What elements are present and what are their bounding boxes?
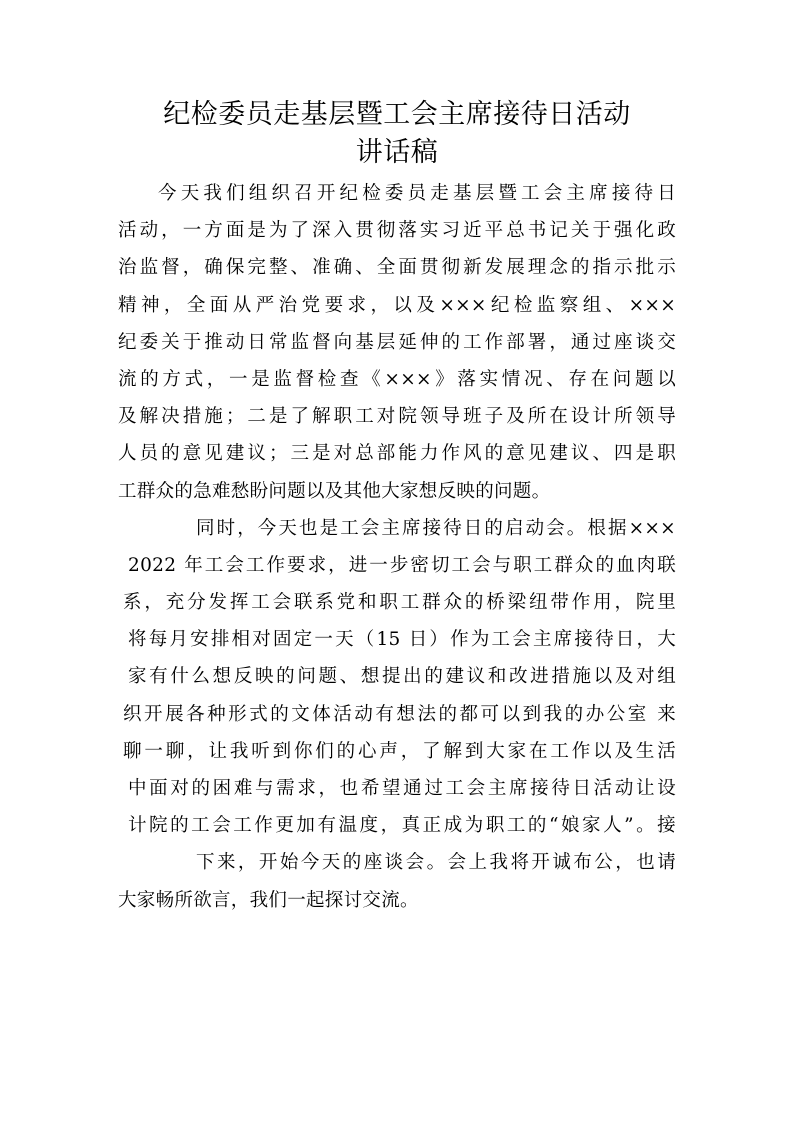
text-line: 人员的意见建议；三是对总部能力作风的意见建议、四是职: [118, 435, 676, 472]
document-title-line-1: 纪检委员走基层暨工会主席接待日活动: [0, 97, 794, 133]
text-line: 中面对的困难与需求，也希望通过工会主席接待日活动让设: [118, 770, 676, 807]
text-line: 计院的工会工作更加有温度，真正成为职工的“娘家人”。接: [118, 807, 676, 844]
text-line: 系，充分发挥工会联系党和职工群众的桥梁纽带作用，院里: [118, 584, 676, 621]
paragraph-1: 今天我们组织召开纪检委员走基层暨工会主席接待日 活动，一方面是为了深入贯彻落实习…: [118, 175, 676, 510]
document-body: 今天我们组织召开纪检委员走基层暨工会主席接待日 活动，一方面是为了深入贯彻落实习…: [118, 175, 676, 919]
text-line: 将每月安排相对固定一天（15 日）作为工会主席接待日，大: [118, 621, 676, 658]
text-line: 今天我们组织召开纪检委员走基层暨工会主席接待日: [118, 175, 676, 212]
document-page: 纪检委员走基层暨工会主席接待日活动 讲话稿 今天我们组织召开纪检委员走基层暨工会…: [0, 0, 794, 1122]
text-line: 2022 年工会工作要求，进一步密切工会与职工群众的血肉联: [118, 547, 676, 584]
document-title-line-2: 讲话稿: [0, 135, 794, 171]
text-line: 大家畅所欲言，我们一起探讨交流。: [118, 882, 676, 919]
text-line: 纪委关于推动日常监督向基层延伸的工作部署，通过座谈交: [118, 324, 676, 361]
text-line: 活动，一方面是为了深入贯彻落实习近平总书记关于强化政: [118, 212, 676, 249]
text-line: 下来，开始今天的座谈会。会上我将开诚布公，也请: [118, 844, 676, 881]
paragraph-3: 下来，开始今天的座谈会。会上我将开诚布公，也请 大家畅所欲言，我们一起探讨交流。: [118, 844, 676, 918]
text-line: 同时，今天也是工会主席接待日的启动会。根据×××: [118, 510, 676, 547]
text-line: 聊一聊，让我听到你们的心声，了解到大家在工作以及生活: [118, 733, 676, 770]
text-line: 及解决措施；二是了解职工对院领导班子及所在设计所领导: [118, 398, 676, 435]
text-line: 家有什么想反映的问题、想提出的建议和改进措施以及对组: [118, 658, 676, 695]
text-line: 流的方式，一是监督检查《×××》落实情况、存在问题以: [118, 361, 676, 398]
text-line: 治监督，确保完整、准确、全面贯彻新发展理念的指示批示: [118, 249, 676, 286]
text-line: 工群众的急难愁盼问题以及其他大家想反映的问题。: [118, 473, 676, 510]
text-line: 精神，全面从严治党要求，以及×××纪检监察组、×××: [118, 287, 676, 324]
text-line: 织开展各种形式的文体活动有想法的都可以到我的办公室 来: [118, 696, 676, 733]
paragraph-2: 同时，今天也是工会主席接待日的启动会。根据××× 2022 年工会工作要求，进一…: [118, 510, 676, 845]
